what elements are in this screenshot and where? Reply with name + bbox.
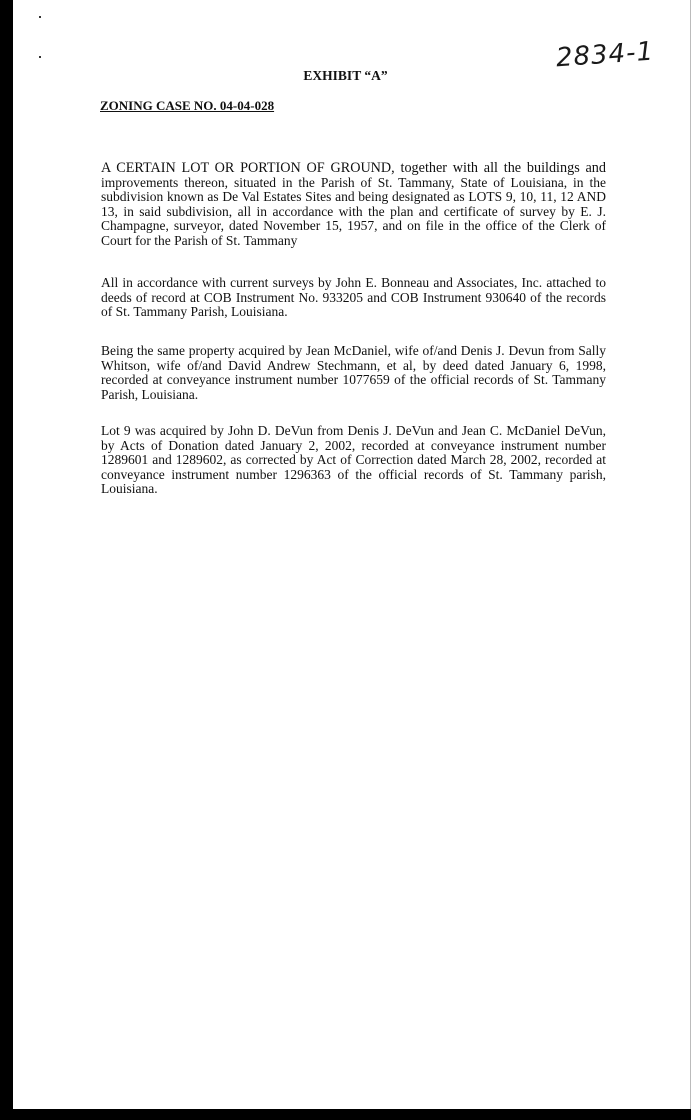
paragraph-acquisition: Being the same property acquired by Jean… xyxy=(101,344,606,402)
paragraph-surveys: All in accordance with current surveys b… xyxy=(101,276,606,320)
scan-speck xyxy=(39,16,41,18)
exhibit-title: EXHIBIT “A” xyxy=(0,68,691,84)
scan-border-left xyxy=(0,0,13,1120)
paragraph-property-description: A CERTAIN LOT OR PORTION OF GROUND, toge… xyxy=(101,161,606,249)
paragraph-lead: A CERTAIN LOT OR PORTION OF GROUND, toge… xyxy=(101,160,606,176)
scan-border-bottom xyxy=(0,1109,691,1120)
zoning-case-number: ZONING CASE NO. 04-04-028 xyxy=(100,98,274,114)
scan-speck xyxy=(39,56,41,58)
paragraph-body: improvements thereon, situated in the Pa… xyxy=(101,175,606,248)
paragraph-lot-9: Lot 9 was acquired by John D. DeVun from… xyxy=(101,424,606,497)
